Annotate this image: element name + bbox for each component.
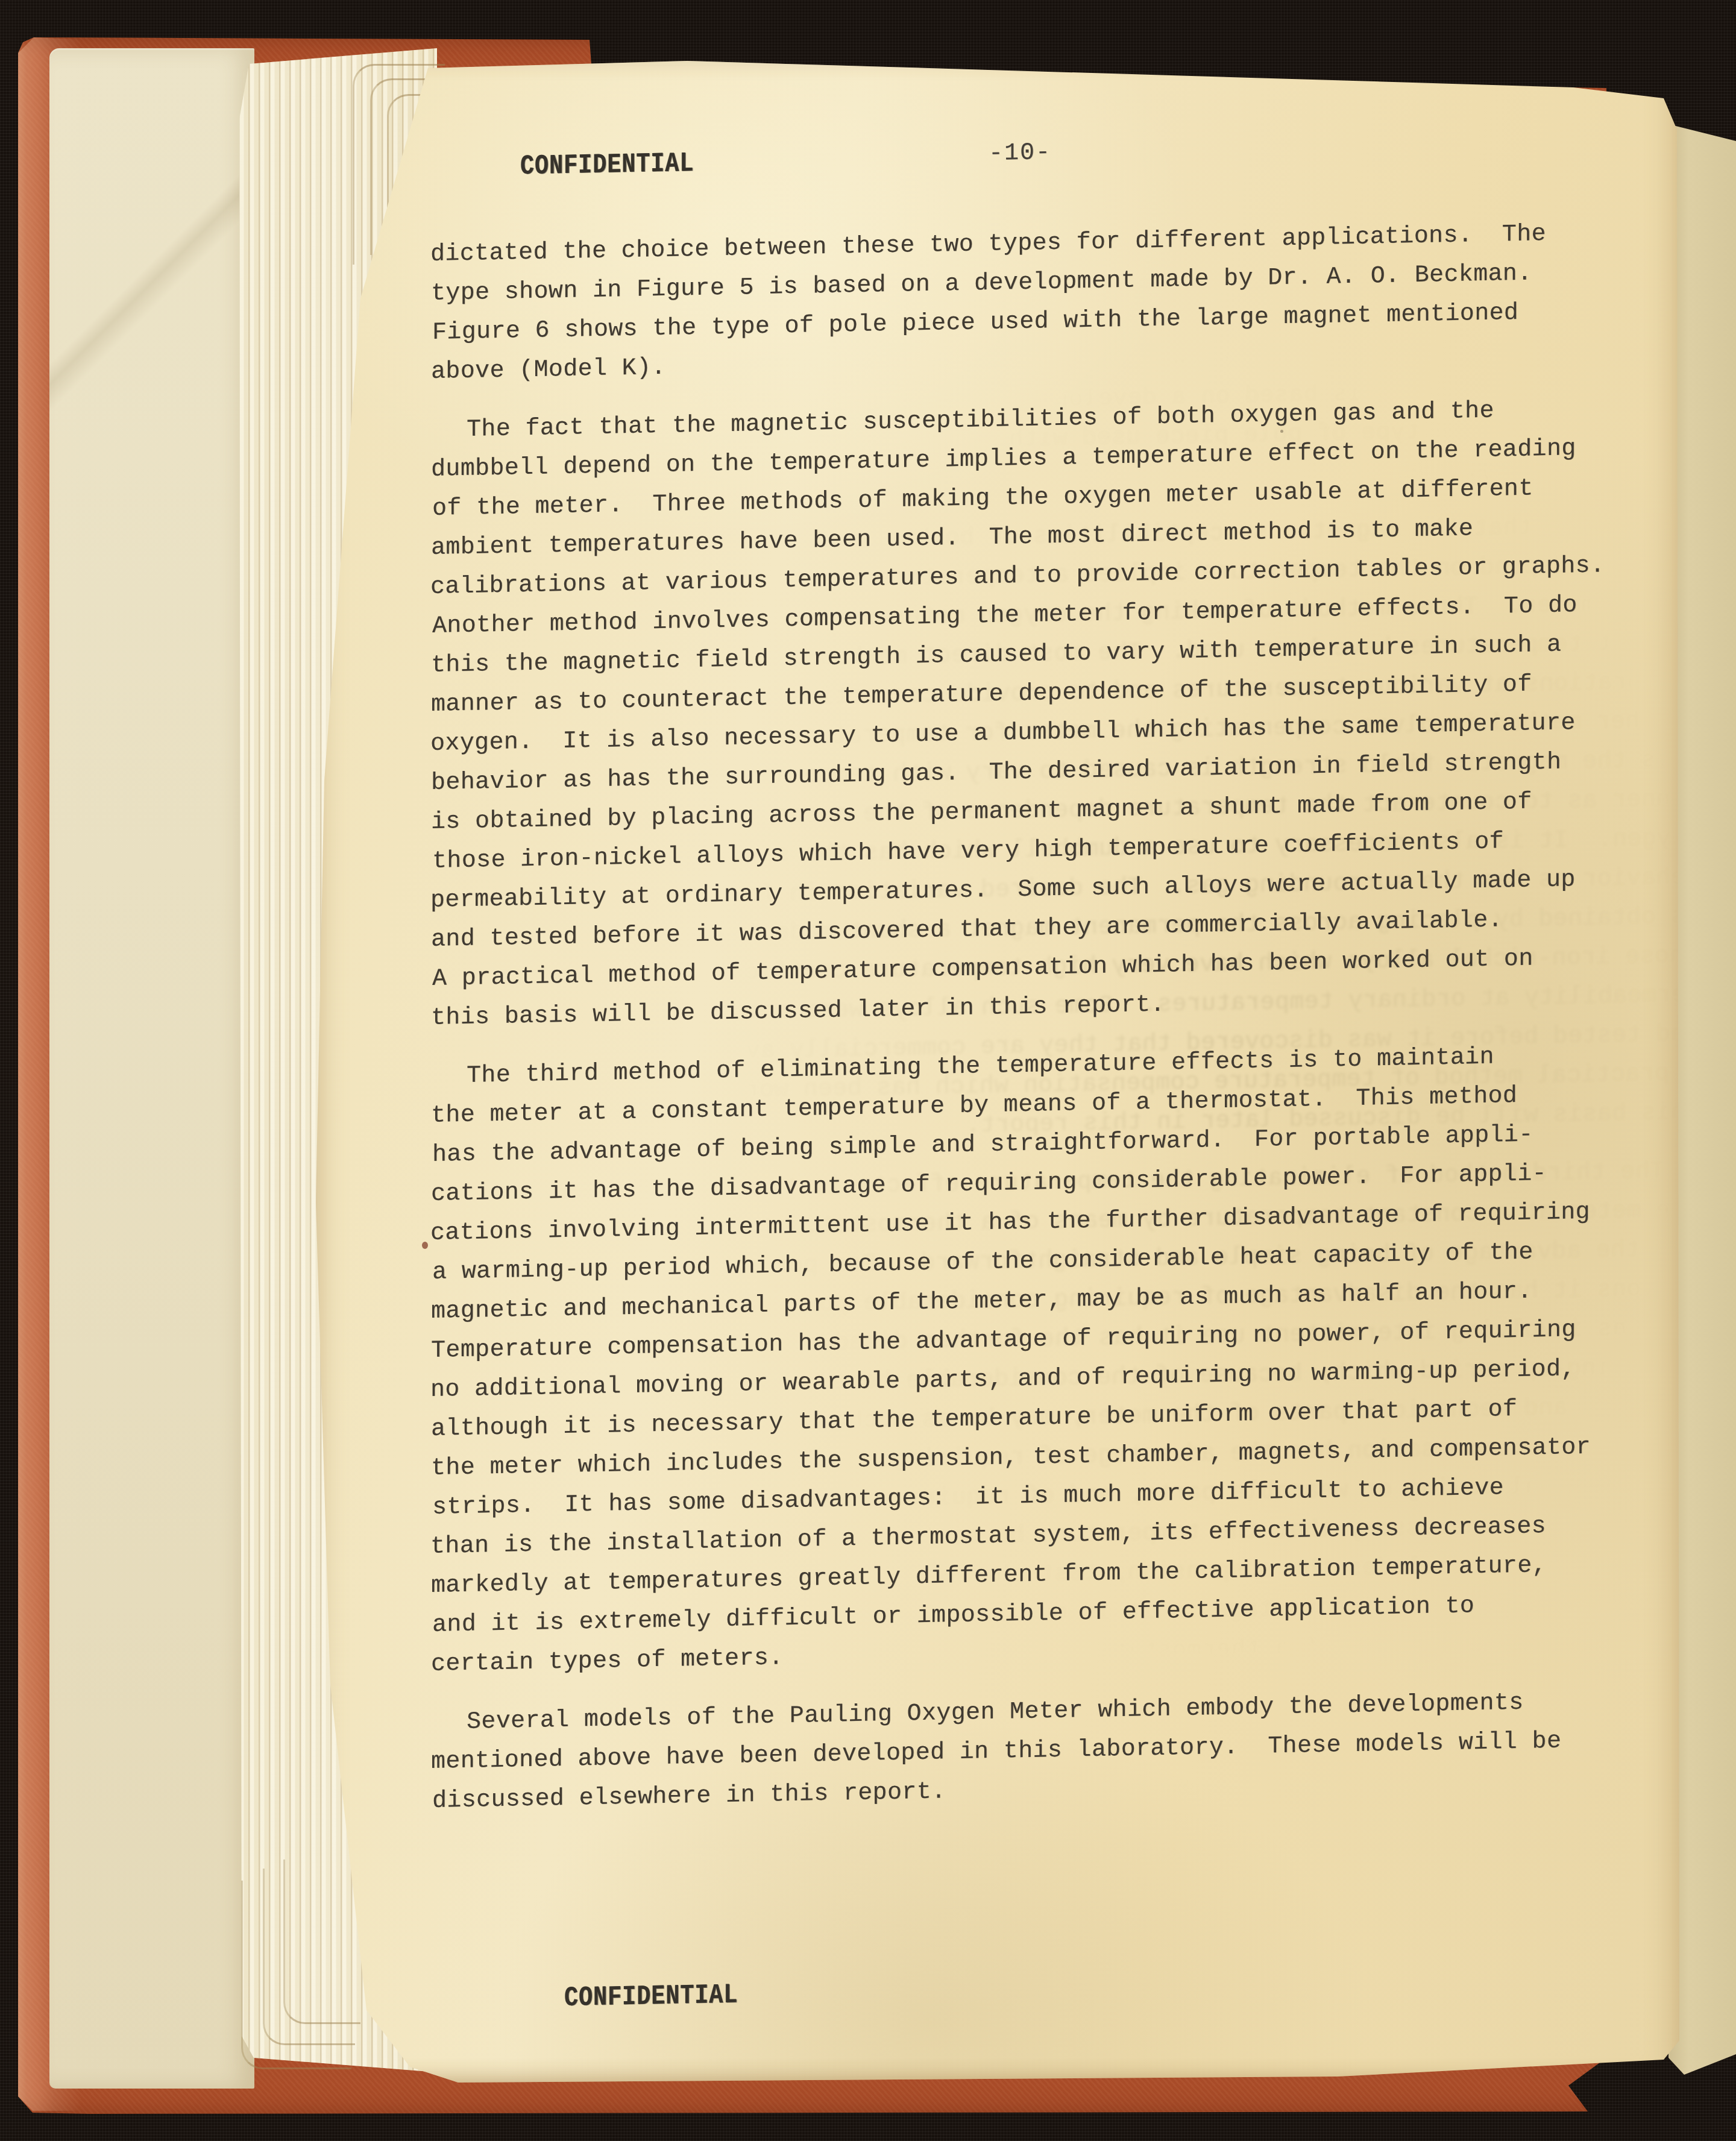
- page-number: -10-: [989, 139, 1051, 168]
- endpaper-page: [49, 48, 254, 2089]
- paper-speck: [1280, 430, 1283, 433]
- confidential-stamp-header: CONFIDENTIAL: [520, 149, 727, 180]
- typewritten-text-layer: CONFIDENTIAL -10- dictated the choice be…: [431, 128, 1667, 2128]
- document-page: dictated the choice between these two ty…: [313, 57, 1685, 2083]
- paragraph: The third method of eliminating the temp…: [431, 1034, 1667, 1684]
- scanned-book-photo: dictated the choice between these two ty…: [0, 0, 1736, 2141]
- text-body: dictated the choice between these two ty…: [431, 212, 1667, 1840]
- page-corner-edge: [283, 1860, 360, 2024]
- paragraph: dictated the choice between these two ty…: [431, 212, 1667, 392]
- paragraph: Several models of the Pauling Oxygen Met…: [431, 1680, 1667, 1821]
- paragraph: The fact that the magnetic susceptibilit…: [431, 388, 1667, 1038]
- confidential-stamp-footer: CONFIDENTIAL: [564, 1981, 771, 2012]
- paper-speck: [422, 1242, 428, 1249]
